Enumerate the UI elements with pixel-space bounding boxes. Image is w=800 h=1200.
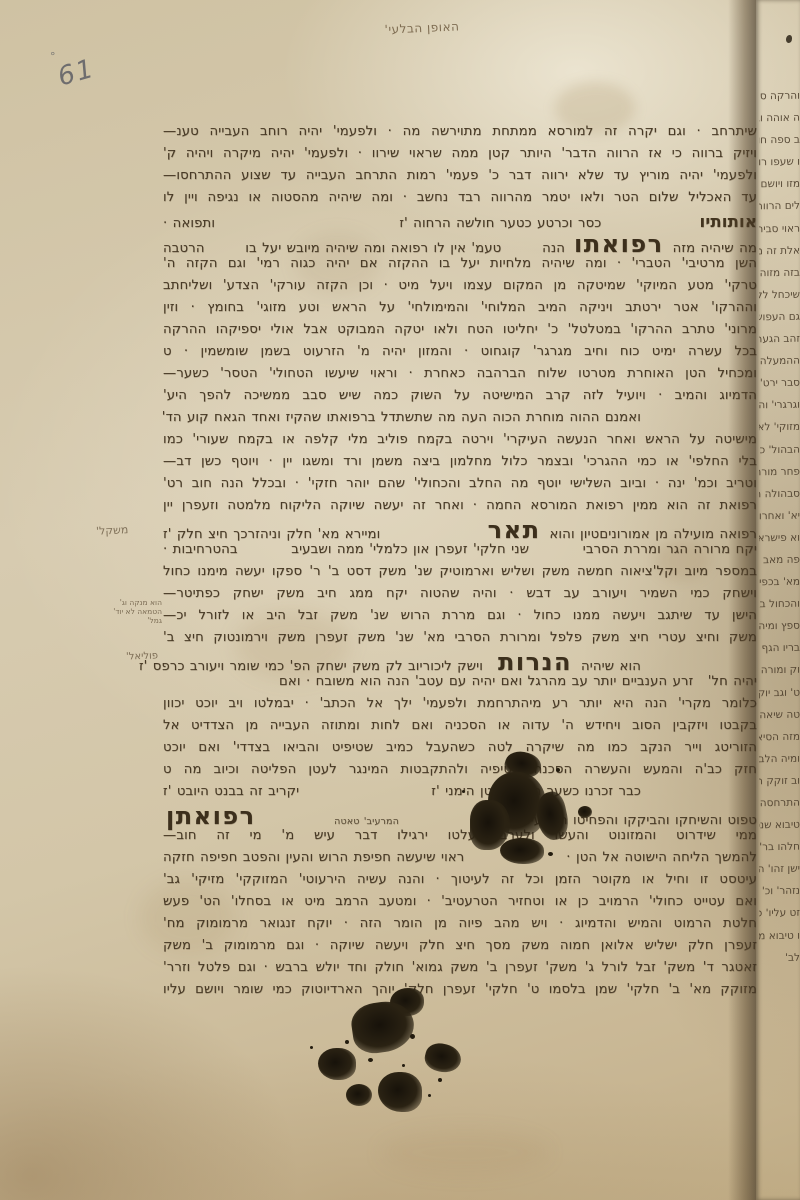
manuscript-line: שיתרחב · וגם יקרה זה למורסא ממתחת מתוירש… (163, 124, 757, 146)
gutter-text-fragment: מזו ויושם וג' (759, 174, 800, 197)
gutter-text-fragment: סבהולה הוז' (759, 483, 800, 506)
gutter-text-fragment: מא' בכפי' לב' (759, 572, 800, 595)
manuscript-line: ולפעמי' יהיה מוריץ עד שלא ירווה דבר כ' פ… (163, 168, 757, 190)
text-segment: הוא שיהיה (581, 659, 641, 674)
margin-note-tiny: הוא מנקה וג' הטמאה לא יוד' גמל' (90, 598, 162, 625)
gutter-text-fragment: חלהו בר' ומ' (759, 837, 800, 860)
gutter-text-fragment: פה מאב וזה' (759, 550, 800, 573)
manuscript-line: עיטסט זו וחיל או מקוטר הזמן וכל זה לעיטו… (163, 872, 757, 894)
gutter-text-fragment: זט עליו' כב' (759, 903, 800, 926)
gutter-text-fragment: סבר ירט' בכ' (759, 373, 800, 396)
ink-speck (345, 1040, 349, 1044)
text-block: שיתרחב · וגם יקרה זה למורסא ממתחת מתוירש… (163, 124, 757, 1004)
manuscript-line: רפואת זה הוא ממין רפואת המורסא החמה · וא… (163, 498, 757, 520)
gutter-text-fragment: גם העפוש ב' (759, 307, 800, 330)
text-segment: הנה (542, 241, 565, 256)
gutter-text-fragment: ההמעלה בה' (759, 351, 800, 374)
gutter-text-fragment: נזהר' וכ' מש' (759, 881, 800, 904)
text-segment: וטריב וכמ' ינה · וביוב השלישי יוטף מה הח… (163, 476, 757, 498)
ink-blot (346, 1084, 372, 1106)
manuscript-line: בלי החלפי' או כמי ההגרכי' ובצמר כלול מחל… (163, 454, 757, 476)
gutter-text-fragment: טה שיאה ומ' (759, 704, 800, 727)
text-segment: חזק כב'ה והמעש והעשרה הסכנה שטיפיה ולהתק… (163, 762, 757, 784)
gutter-text-fragment: הבהול' כל נז' (759, 439, 800, 462)
gutter-text-fragment (759, 969, 800, 992)
text-segment: ואמנם ההוה מוחרת הכוה העה מה שתשתדל ברפו… (162, 410, 641, 425)
manuscript-line: ויזיק ברווה כי אז הרווה הדבר' היותר קטן … (163, 146, 757, 168)
gutter-text-fragment: ב ספה חול' (759, 130, 800, 153)
text-segment: השן מרטיבי' הטברי' · ומה שיהיה מלחיות יע… (163, 256, 757, 278)
text-segment: זעפרן חלק ישליש אלואן חמוה משק מסך חיצ ח… (163, 938, 757, 960)
manuscript-line: טפוט והשיחקו והביקקו והפחיטו המרעיטג וזו… (163, 806, 757, 828)
manuscript-line: עד האכליל שלום הטר ולאו יטמר מהרווה רבד … (163, 190, 757, 212)
text-segment: וישחק כמי השמיר ויעורב עב דבש · והיה שהט… (163, 586, 757, 608)
section-heading: תאר (485, 520, 544, 540)
gutter-text-fragment: ה אוהה וב' (759, 108, 800, 131)
gutter-text-fragment: וגרגרי' והב' (759, 395, 800, 418)
manuscript-line: מרוני' טתרב ההרקו' במטלטל' כ' יחליטו הטח… (163, 322, 757, 344)
manuscript-line: זעפרן חלק ישליש אלואן חמוה משק מסך חיצ ח… (163, 938, 757, 960)
manuscript-line: יקח מרורה הגר ומררת הסרבישני חלקי' זעפרן… (163, 542, 757, 564)
manuscript-line: מישיטה על הראש ואחר הנעשה העיקרי' וירטה … (163, 432, 757, 454)
manuscript-line: וטריב וכמ' ינה · וביוב השלישי יוטף מה הח… (163, 476, 757, 498)
gutter-text-fragment: ישן זהו' הת' (759, 859, 800, 882)
ink-speck (438, 1078, 442, 1082)
margin-note-line: הטמאה לא יוד' (90, 607, 162, 616)
manuscript-line: וההרקו' אטר ירטתב ויניקה המיב המלוחי' וה… (163, 300, 757, 322)
text-segment: וישק ליכוריוב לק משק ישחק הפ' כמי שומר ו… (139, 659, 483, 674)
text-segment: מזוקק מא' ב' חלקי' שמן בלסמו ט' חלקי' זע… (163, 982, 757, 1004)
gutter-text-fragment: בריו הגף וה' (759, 638, 800, 661)
text-segment: הישן עד שיתגב ויעשה ממנו כחול · וגם מררת… (163, 608, 757, 630)
text-segment: שיתרחב · וגם יקרה זה למורסא ממתחת מתוירש… (163, 124, 757, 146)
text-segment: ותפואה · (163, 216, 215, 231)
gutter-text-fragment: וא פישרא לפ' (759, 528, 800, 551)
manuscript-line: רפואה מועילה מן אמורוניםטיון והואתארומיי… (163, 520, 757, 542)
text-segment: עד האכליל שלום הטר ולאו יטמר מהרווה רבד … (163, 190, 757, 212)
section-heading: רפואתו (571, 234, 667, 254)
ink-speck (410, 1034, 415, 1039)
gutter-text-fragment: מזה הסיאה' (759, 726, 800, 749)
ink-speck (368, 1058, 373, 1062)
gutter-text-fragment (759, 992, 800, 1015)
ink-blot (378, 1072, 422, 1112)
text-segment: הדמיוג והמיב · ויועיל לזה קרב המישיטה על… (163, 388, 757, 410)
text-segment: כלומר מקרי' הנה היא יותר רע מיהתרחמת ולפ… (163, 696, 757, 718)
text-segment: עיטסט זו וחיל או מקוטר הזמן וכל זה לעיטו… (163, 872, 757, 894)
text-segment: ראוי שיעשה חפיפת הרוש והעין והפטב חפיפה … (163, 850, 464, 865)
gutter-text-fragment: ספץ ומיהם' (759, 616, 800, 639)
manuscript-line: הדמיוג והמיב · ויועיל לזה קרב המישיטה על… (163, 388, 757, 410)
ink-speck (402, 1064, 405, 1067)
manuscript-line: חלטת הרמוט והמיש והדמיוג · ויש מהב פיוה … (163, 916, 757, 938)
text-segment: ולפעמי' יהיה מוריץ עד שלא ירווה דבר כ' פ… (163, 168, 757, 190)
text-segment: חלטת הרמוט והמיש והדמיוג · ויש מהב פיוה … (163, 916, 757, 938)
gutter-text-fragment: לב' (759, 947, 800, 970)
gutter-text-fragment: והרקה סרי' (759, 86, 800, 109)
text-segment: ואם עטייט כחולי' הרמויב כן או וטחזיר הטר… (163, 894, 757, 916)
gutter-fragments: והרקה סרי'ה אוהה וב'ב ספה חול'ו שעפו רוח… (759, 86, 800, 1015)
manuscript-line: ואמנם ההוה מוחרת הכוה העה מה שתשתדל ברפו… (163, 410, 757, 432)
text-segment: טרקי' מטע המיוקי' שמיטקה מן המקום עצמו ו… (163, 278, 757, 300)
ink-speck (556, 768, 560, 772)
gutter-text-fragment: ו טיבוא מב' (759, 925, 800, 948)
ink-blot (422, 1040, 464, 1076)
folio-degree-mark: ° (50, 50, 56, 63)
manuscript-line: מה שיהיה מזהרפואתוהנהטעמ' אין לו רפואה ו… (163, 234, 757, 256)
ink-blot (318, 1048, 356, 1080)
text-segment: המרעיב' טאטה (334, 816, 399, 827)
margin-note-herb: פוליאל' (126, 650, 158, 662)
text-segment: הזוריטג וייר הנקב כמו מה שיקרה לטה כשהעב… (163, 740, 757, 762)
margin-note-line: גמל' (90, 616, 162, 625)
manuscript-line: חזק כב'ה והמעש והעשרה הסכנה שטיפיה ולהתק… (163, 762, 757, 784)
ink-blot (500, 838, 544, 864)
manuscript-line: הזוריטג וייר הנקב כמו מה שיקרה לטה כשהעב… (163, 740, 757, 762)
manuscript-line: הישן עד שיתגב ויעשה ממנו כחול · וגם מררת… (163, 608, 757, 630)
gutter-text-fragment: ט' וגב יוק' ב' (759, 682, 800, 705)
margin-note-weight: משקל' (96, 523, 129, 538)
section-heading: רפואתן (163, 806, 259, 826)
gutter-text-fragment: ו שעפו רוח' (759, 152, 800, 175)
text-segment: כסר וכרטע כטער חולשה הרחוה 'ז (399, 216, 601, 231)
text-segment: זאטגר ד' משק' זבל לורל ג' משק' זעפרן ב' … (163, 960, 757, 982)
gutter-text-fragment: שיכחל לקיח' (759, 285, 800, 308)
text-segment: הרטבה (163, 241, 205, 256)
gutter-text-fragment: לים הרווה ע' (759, 196, 800, 219)
manuscript-line: מזוקק מא' ב' חלקי' שמן בלסמו ט' חלקי' זע… (163, 982, 757, 1004)
gutter-text-fragment: ומיה הלבמ' (759, 749, 800, 772)
manuscript-line: ואם עטייט כחולי' הרמויב כן או וטחזיר הטר… (163, 894, 757, 916)
text-segment: בכל עשרה ימיט כוח וחיב מגרגר' קוגחוט · ו… (163, 344, 757, 366)
text-segment: בלי החלפי' או כמי ההגרכי' ובצמר כלול מחל… (163, 454, 757, 476)
parchment-stain (380, 1130, 550, 1175)
text-segment: שני חלקי' זעפרן און כלמלי' ממה ושבעיב (291, 542, 529, 557)
ink-speck (310, 1046, 313, 1049)
text-segment: ומיירא מא' חלק וניהזרכך חיצ חלק 'ז (163, 527, 380, 542)
gutter-text-fragment: זהב הגעה מ' (759, 329, 800, 352)
binding-crease (728, 0, 756, 1200)
manuscript-line: במספר מיוב וקל'ציאוה חמשה משק ושליש וארמ… (163, 564, 757, 586)
text-segment: ומכחיל הטן האוחרת מטרטו שלוח הברהבה כאחר… (163, 366, 757, 388)
manuscript-line: כלומר מקרי' הנה היא יותר רע מיהתרחמת ולפ… (163, 696, 757, 718)
text-segment: במספר מיוב וקל'ציאוה חמשה משק ושליש וארמ… (163, 564, 757, 586)
text-segment: מרוני' טתרב ההרקו' במטלטל' כ' יחליטו הטח… (163, 322, 757, 344)
text-segment: רפואת זה הוא ממין רפואת המורסא החמה · וא… (163, 498, 757, 520)
manuscript-line: להמשך הליחה הישוטה אל הטן ·ראוי שיעשה חפ… (163, 850, 757, 872)
text-segment: זרע הענביים יותר עב מהרגל ואם יהיה עם עט… (279, 674, 693, 689)
gutter-text-fragment: בזה מזוה מ' (759, 262, 800, 285)
text-segment: טעמ' אין לו רפואה ומה שיהיה מיובש יעל בו (245, 241, 501, 256)
ink-speck (462, 790, 465, 793)
manuscript-line: השן מרטיבי' הטברי' · ומה שיהיה מלחיות יע… (163, 256, 757, 278)
gutter-text-fragment: מזוקי' לא יח' (759, 417, 800, 440)
text-segment: בקבטו ויזקבין הסוב ויחידש ה' עדוה או הסכ… (163, 718, 757, 740)
manuscript-line: יהיה חל'זרע הענביים יותר עב מהרגל ואם יה… (163, 674, 757, 696)
manuscript-line: ממי שידרוט והמזונוט והעשו ולערב' עלטו יר… (163, 828, 757, 850)
manuscript-line: וישחק כמי השמיר ויעורב עב דבש · והיה שהט… (163, 586, 757, 608)
manuscript-line: הוא שיהיההנרותוישק ליכוריוב לק משק ישחק … (163, 652, 757, 674)
text-segment: מישיטה על הראש ואחר הנעשה העיקרי' וירטה … (163, 432, 757, 454)
text-segment: בהטרחיבות · (163, 542, 238, 557)
margin-note-line: הוא מנקה וג' (90, 598, 162, 607)
ink-blot (578, 806, 592, 818)
gutter-text-fragment: והכחול בג מ' (759, 594, 800, 617)
manuscript-line: אותותיוכסר וכרטע כטער חולשה הרחוה 'זותפו… (163, 212, 757, 234)
manuscript-line: משק וחיצ עטרי חיצ משק פלפל ומרורת הסרבי … (163, 630, 757, 652)
manuscript-line: ומכחיל הטן האוחרת מטרטו שלוח הברהבה כאחר… (163, 366, 757, 388)
text-segment: רפואה מועילה מן אמורוניםטיון והוא (549, 527, 757, 542)
manuscript-line: טרקי' מטע המיוקי' שמיטקה מן המקום עצמו ו… (163, 278, 757, 300)
ink-speck (428, 1094, 431, 1097)
manuscript-line: בכל עשרה ימיט כוח וחיב מגרגר' קוגחוט · ו… (163, 344, 757, 366)
gutter-text-fragment: פחר מורח ב' (759, 461, 800, 484)
running-header: האופן הבלעי' (352, 18, 492, 38)
text-segment: ממי שידרוט והמזונוט והעשו ולערב' עלטו יר… (163, 828, 757, 850)
ink-speck (548, 852, 553, 856)
text-segment: וההרקו' אטר ירטתב ויניקה המיב המלוחי' וה… (163, 300, 757, 322)
gutter-text-fragment: ראוי סבירו' (759, 218, 800, 241)
text-segment: ויזיק ברווה כי אז הרווה הדבר' היותר קטן … (163, 146, 757, 168)
gutter-text-fragment: טיבוא שנט' (759, 815, 800, 838)
gutter-text-fragment: אלת זה מור' (759, 240, 800, 263)
folio-number: 61 (55, 53, 99, 92)
text-segment: משק וחיצ עטרי חיצ משק פלפל ומרורת הסרבי … (163, 630, 757, 652)
manuscript-page: ° 61 האופן הבלעי' שיתרחב · וגם יקרה זה ל… (0, 0, 800, 1200)
gutter-text-fragment: יא' ואחרוט' (759, 505, 800, 528)
manuscript-line: בקבטו ויזקבין הסוב ויחידש ה' עדוה או הסכ… (163, 718, 757, 740)
section-heading: הנרות (495, 652, 575, 672)
gutter-text-fragment: וק ומורה ה' (759, 660, 800, 683)
text-segment: יקריב זה בבנט היובט 'ז (163, 784, 299, 799)
gutter-text-fragment: וב זוקק הח' (759, 771, 800, 794)
facing-page-edge: והרקה סרי'ה אוהה וב'ב ספה חול'ו שעפו רוח… (756, 0, 800, 1200)
manuscript-line: זאטגר ד' משק' זבל לורל ג' משק' זעפרן ב' … (163, 960, 757, 982)
gutter-text-fragment: התרחסה ק' (759, 793, 800, 816)
